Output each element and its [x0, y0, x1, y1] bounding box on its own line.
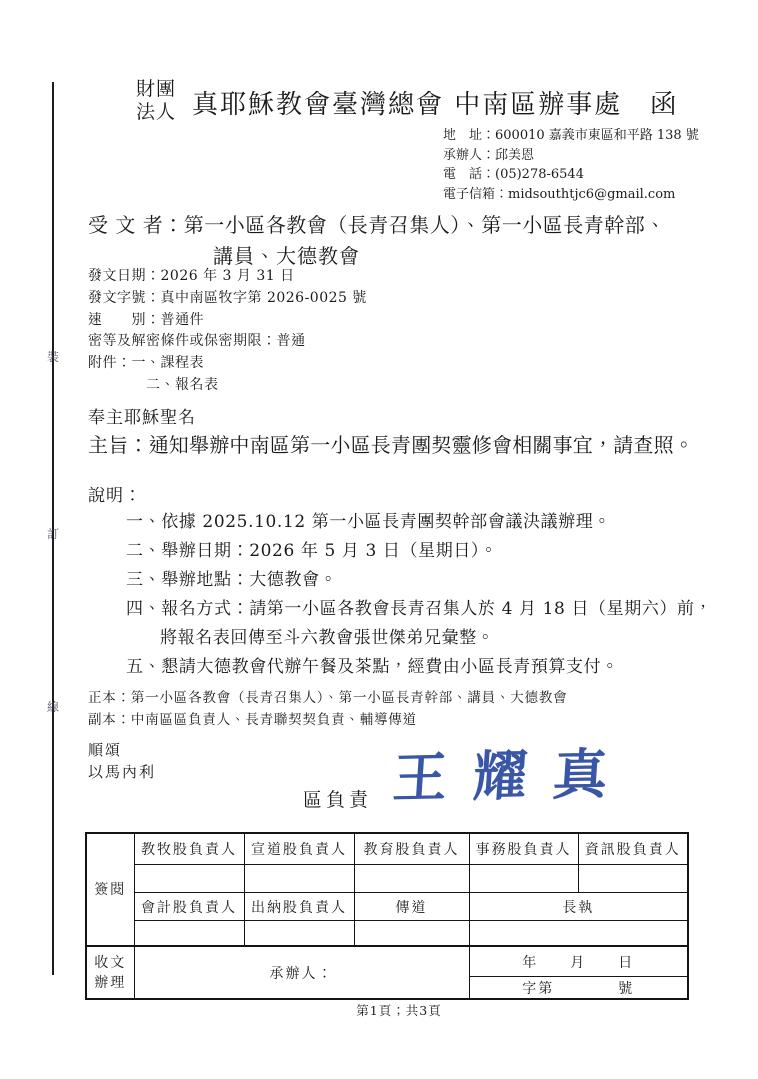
col-header-elders-deacons: 長執 [469, 893, 688, 921]
explanation-item-4: 四、報名方式：請第一小區各教會長青召集人於 4 月 18 日（星期六）前， [126, 594, 712, 619]
sign-cell-empty [469, 921, 688, 947]
doc-meta-block: 發文日期：2026 年 3 月 31 日 發文字號：真中南區牧字第 2026-0… [88, 266, 367, 397]
sign-cell-empty [134, 865, 244, 893]
explanation-item-3: 三、舉辦地點：大德教會。 [126, 565, 337, 590]
salutation: 奉主耶穌聖名 [88, 403, 196, 428]
col-header-preacher: 傳道 [354, 893, 469, 921]
explanation-item-1: 一、依據 2025.10.12 第一小區長青團契幹部會議決議辦理。 [126, 507, 611, 532]
sign-cell-empty [244, 865, 354, 893]
explanation-item-2: 二、舉辦日期：2026 年 5 月 3 日（星期日）。 [126, 536, 498, 561]
document-title: 真耶穌教會臺灣總會 中南區辦事處 函 [192, 84, 678, 121]
receive-label-line1: 收文 [87, 953, 134, 973]
receive-label-line2: 辦理 [87, 973, 134, 993]
meta-attachment1: 附件：一、課程表 [88, 353, 367, 375]
sign-cell-empty [469, 865, 578, 893]
contact-phone: 電 話：(05)278-6544 [443, 165, 699, 185]
meta-attachment2: 二、報名表 [88, 375, 367, 397]
sign-cell-empty [134, 921, 244, 947]
distribution-original: 正本：第一小區各教會（長青召集人）、第一小區長青幹部、講員、大德教會 [88, 686, 567, 706]
org-type-label: 財團 法人 [136, 78, 176, 124]
handwritten-signature: 王耀真 [391, 741, 636, 810]
binding-mark-ding: 訂 [46, 525, 60, 542]
sign-off-table: 簽閱 教牧股負責人 宣道股負責人 教育股負責人 事務股負責人 資訊股負責人 會計… [85, 832, 689, 1000]
meta-doc-number: 發文字號：真中南區牧字第 2026-0025 號 [88, 288, 367, 310]
col-header-accounting: 會計股負責人 [134, 893, 244, 921]
receive-section-label: 收文 辦理 [86, 946, 134, 999]
col-header-education: 教育股負責人 [354, 833, 469, 865]
receive-handler-cell: 承辦人： [134, 946, 469, 999]
signer-title: 區負責 [303, 785, 372, 812]
closing-line1: 順頌 [88, 739, 122, 760]
col-header-cashier: 出納股負責人 [244, 893, 354, 921]
col-header-pastoral: 教牧股負責人 [134, 833, 244, 865]
subject-line: 主旨：通知舉辦中南區第一小區長青團契靈修會相關事宜，請查照。 [88, 429, 694, 458]
sign-section-label: 簽閱 [86, 833, 134, 946]
explanation-item-4-continued: 將報名表回傳至斗六教會張世傑弟兄彙整。 [160, 623, 494, 648]
col-header-evangelism: 宣道股負責人 [244, 833, 354, 865]
receive-date-cell: 年 月 日 [469, 946, 688, 977]
contact-handler: 承辦人：邱美恩 [443, 146, 699, 166]
closing-line2: 以馬內利 [88, 761, 156, 782]
sign-cell-empty [354, 865, 469, 893]
org-type-line1: 財團 [136, 78, 176, 101]
binding-mark-zhuang: 裝 [46, 348, 60, 365]
sign-cell-empty [354, 921, 469, 947]
meta-issue-date: 發文日期：2026 年 3 月 31 日 [88, 266, 367, 288]
col-header-it: 資訊股負責人 [578, 833, 688, 865]
sign-cell-empty [578, 865, 688, 893]
sign-off-table-wrap: 簽閱 教牧股負責人 宣道股負責人 教育股負責人 事務股負責人 資訊股負責人 會計… [85, 832, 689, 1000]
meta-security: 密等及解密條件或保密期限：普通 [88, 331, 367, 353]
receive-number-cell: 字第 號 [469, 977, 688, 1000]
sign-cell-empty [244, 921, 354, 947]
contact-block: 地 址：600010 嘉義市東區和平路 138 號 承辦人：邱美恩 電 話：(0… [443, 126, 699, 204]
explanation-item-5: 五、懇請大德教會代辦午餐及茶點，經費由小區長青預算支付。 [126, 652, 619, 677]
meta-speed: 速 別：普通件 [88, 310, 367, 332]
distribution-copy: 副本：中南區區負責人、長青聯契契負責、輔導傳道 [88, 708, 417, 728]
contact-address: 地 址：600010 嘉義市東區和平路 138 號 [443, 126, 699, 146]
official-letter-page: 裝 訂 線 財團 法人 真耶穌教會臺灣總會 中南區辦事處 函 地 址：60001… [0, 0, 758, 1079]
binding-mark-xian: 線 [46, 698, 60, 715]
org-type-line2: 法人 [136, 101, 176, 124]
recipient-line1: 受 文 者：第一小區各教會（長青召集人）、第一小區長青幹部、 [88, 209, 666, 238]
col-header-affairs: 事務股負責人 [469, 833, 578, 865]
explanation-label: 說明： [88, 481, 142, 506]
contact-email: 電子信箱：midsouthtjc6@gmail.com [443, 185, 699, 205]
page-indicator: 第1頁；共3頁 [40, 1001, 758, 1019]
recipient-line2: 講員、大德教會 [213, 240, 360, 269]
